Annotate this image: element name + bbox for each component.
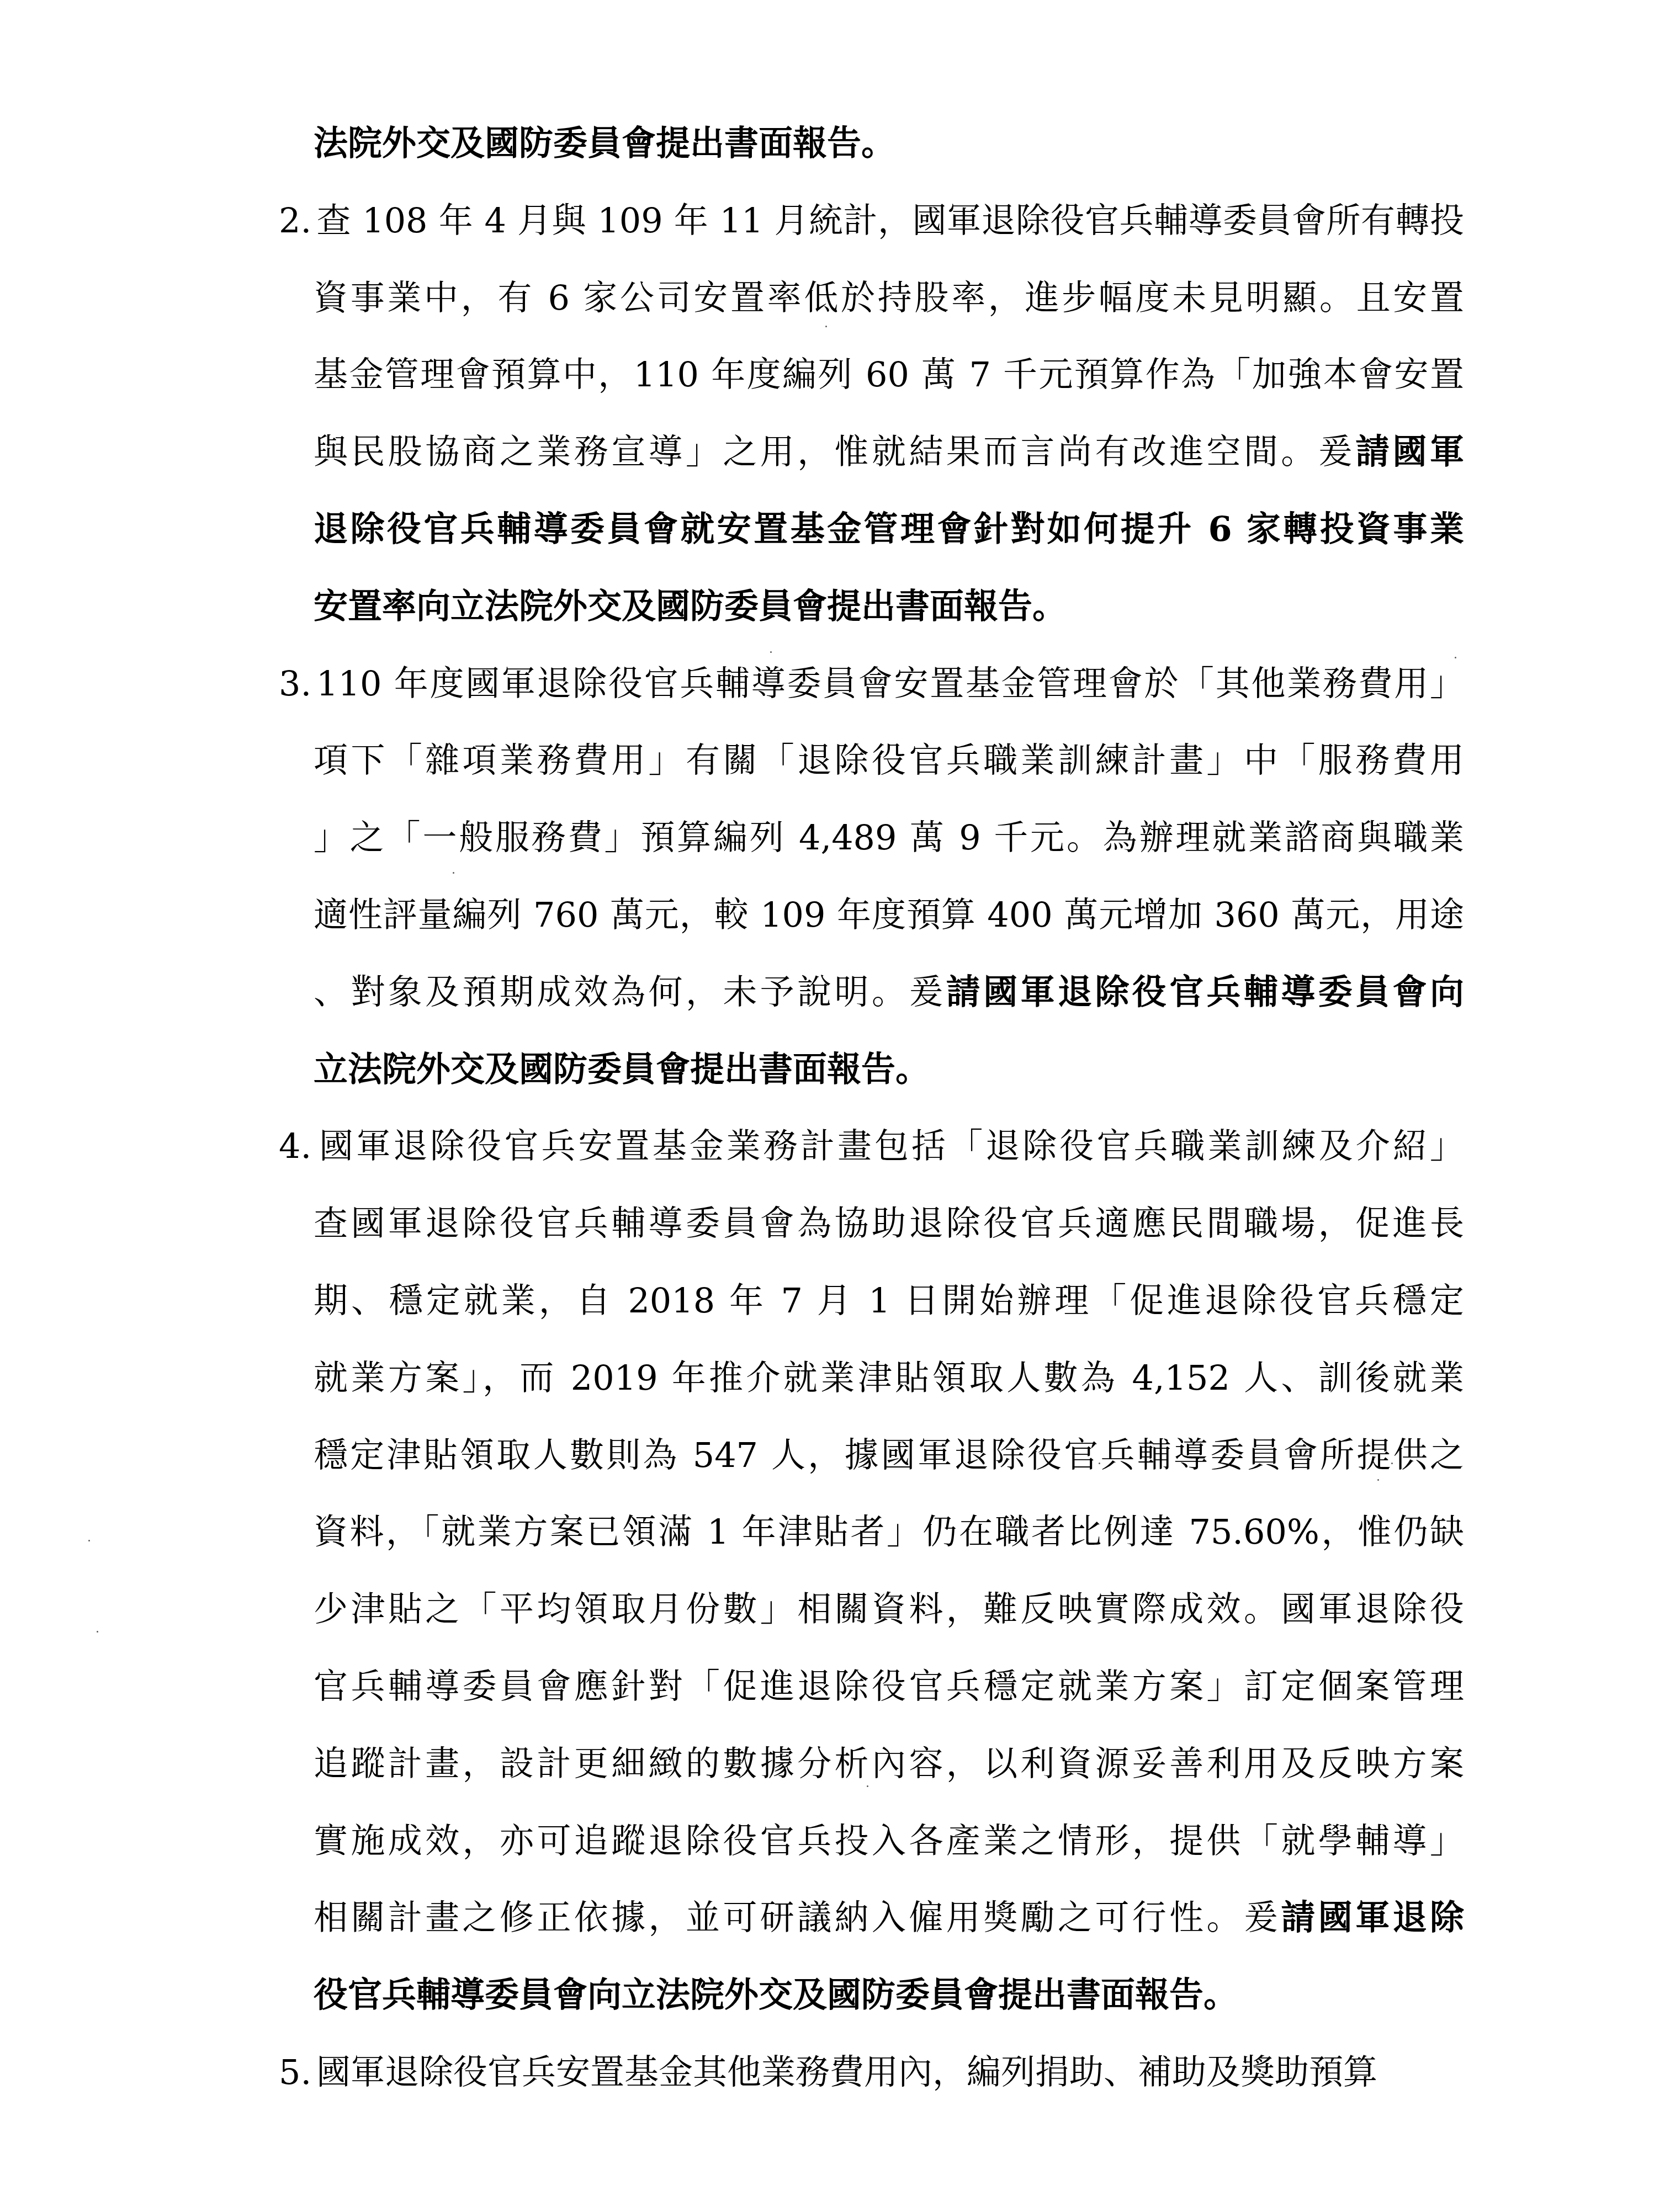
body-text: 國軍退除役官兵安置基金其他業務費用內，編列捐助、補助及獎助預算 <box>316 2052 1377 2092</box>
text-line: 期、穩定就業，自 2018 年 7 月 1 日開始辦理「促進退除役官兵穩定 <box>314 1262 1464 1339</box>
bold-text: 法院外交及國防委員會提出書面報告。 <box>314 123 895 163</box>
text-line: 、對象及預期成效為何，未予說明。爰請國軍退除役官兵輔導委員會向 <box>314 954 1464 1031</box>
body-text: 官兵輔導委員會應針對「促進退除役官兵穩定就業方案」訂定個案管理 <box>314 1666 1464 1706</box>
scan-speck <box>1377 1479 1379 1481</box>
text-line: 資事業中，有 6 家公司安置率低於持股率，進步幅度未見明顯。且安置 <box>314 259 1464 337</box>
body-text: 資料，「就業方案已領滿 1 年津貼者」仍在職者比例達 75.60%，惟仍缺 <box>314 1512 1464 1552</box>
body-text: 查 108 年 4 月與 109 年 11 月統計，國軍退除役官兵輔導委員會所有… <box>316 200 1464 241</box>
text-line: 少津貼之「平均領取月份數」相關資料，難反映實際成效。國軍退除役 <box>314 1571 1464 1648</box>
body-text: 穩定津貼領取人數則為 547 人，據國軍退除役官兵輔導委員會所提供之 <box>314 1435 1464 1475</box>
body-text: 就業方案」，而 2019 年推介就業津貼領取人數為 4,152 人、訓後就業 <box>314 1358 1464 1398</box>
item-number: 2. <box>279 182 316 259</box>
body-text: 相關計畫之修正依據，並可研議納入僱用獎勵之可行性。爰 <box>314 1897 1281 1938</box>
text-line: 立法院外交及國防委員會提出書面報告。 <box>314 1031 1464 1108</box>
text-line: 查國軍退除役官兵輔導委員會為協助退除役官兵適應民間職場，促進長 <box>314 1185 1464 1262</box>
text-line: 基金管理會預算中，110 年度編列 60 萬 7 千元預算作為「加強本會安置 <box>314 336 1464 413</box>
scan-speck <box>453 872 454 874</box>
text-line: 追蹤計畫，設計更細緻的數據分析內容，以利資源妥善利用及反映方案 <box>314 1725 1464 1802</box>
body-text: 期、穩定就業，自 2018 年 7 月 1 日開始辦理「促進退除役官兵穩定 <box>314 1280 1464 1321</box>
text-line: 就業方案」，而 2019 年推介就業津貼領取人數為 4,152 人、訓後就業 <box>314 1339 1464 1417</box>
text-line: 退除役官兵輔導委員會就安置基金管理會針對如何提升 6 家轉投資事業 <box>314 491 1464 568</box>
body-text: 追蹤計畫，設計更細緻的數據分析內容，以利資源妥善利用及反映方案 <box>314 1743 1464 1784</box>
bold-text: 安置率向立法院外交及國防委員會提出書面報告。 <box>314 586 1067 626</box>
body-text: 110 年度國軍退除役官兵輔導委員會安置基金管理會於「其他業務費用」 <box>316 663 1464 704</box>
scan-speck <box>1099 1463 1100 1464</box>
text-line: 實施成效，亦可追蹤退除役官兵投入各產業之情形，提供「就學輔導」 <box>314 1802 1464 1880</box>
text-line: 4.國軍退除役官兵安置基金業務計畫包括「退除役官兵職業訓練及介紹」 <box>279 1108 1464 1185</box>
body-text: 國軍退除役官兵安置基金業務計畫包括「退除役官兵職業訓練及介紹」 <box>316 1126 1464 1166</box>
scan-speck <box>88 1540 90 1541</box>
bold-text: 退除役官兵輔導委員會就安置基金管理會針對如何提升 6 家轉投資事業 <box>314 509 1464 549</box>
text-line: 項下「雜項業務費用」有關「退除役官兵職業訓練計畫」中「服務費用 <box>314 722 1464 799</box>
bold-text: 請國軍 <box>1355 432 1464 472</box>
body-text: 與民股協商之業務宣導」之用，惟就結果而言尚有改進空間。爰 <box>314 432 1355 472</box>
item-number: 4. <box>279 1108 316 1185</box>
scan-speck <box>1391 1463 1393 1464</box>
item-number: 3. <box>279 645 316 722</box>
body-text: 項下「雜項業務費用」有關「退除役官兵職業訓練計畫」中「服務費用 <box>314 740 1464 780</box>
text-line: 役官兵輔導委員會向立法院外交及國防委員會提出書面報告。 <box>314 1956 1464 2034</box>
body-text: 少津貼之「平均領取月份數」相關資料，難反映實際成效。國軍退除役 <box>314 1589 1464 1629</box>
body-text: 適性評量編列 760 萬元，較 109 年度預算 400 萬元增加 360 萬元… <box>314 895 1464 935</box>
item-number: 5. <box>279 2034 316 2111</box>
text-line: 相關計畫之修正依據，並可研議納入僱用獎勵之可行性。爰請國軍退除 <box>314 1879 1464 1956</box>
text-line: 穩定津貼領取人數則為 547 人，據國軍退除役官兵輔導委員會所提供之 <box>314 1417 1464 1494</box>
text-line: 5.國軍退除役官兵安置基金其他業務費用內，編列捐助、補助及獎助預算 <box>279 2034 1464 2111</box>
bold-text: 役官兵輔導委員會向立法院外交及國防委員會提出書面報告。 <box>314 1975 1238 2015</box>
text-line: 」之「一般服務費」預算編列 4,489 萬 9 千元。為辦理就業諮商與職業 <box>314 799 1464 876</box>
scan-speck <box>770 651 772 653</box>
body-text: 查國軍退除役官兵輔導委員會為協助退除役官兵適應民間職場，促進長 <box>314 1203 1464 1243</box>
scan-speck <box>97 1631 98 1633</box>
scan-speck <box>825 326 827 327</box>
body-text: 資事業中，有 6 家公司安置率低於持股率，進步幅度未見明顯。且安置 <box>314 278 1464 318</box>
bold-text: 立法院外交及國防委員會提出書面報告。 <box>314 1049 930 1089</box>
bold-text: 請國軍退除 <box>1281 1897 1464 1938</box>
body-text: 實施成效，亦可追蹤退除役官兵投入各產業之情形，提供「就學輔導」 <box>314 1821 1464 1861</box>
scan-speck <box>867 1785 868 1787</box>
document-page: 法院外交及國防委員會提出書面報告。2.查 108 年 4 月與 109 年 11… <box>0 0 1665 2212</box>
text-line: 安置率向立法院外交及國防委員會提出書面報告。 <box>314 568 1464 645</box>
text-line: 2.查 108 年 4 月與 109 年 11 月統計，國軍退除役官兵輔導委員會… <box>279 182 1464 259</box>
body-text: 」之「一般服務費」預算編列 4,489 萬 9 千元。為辦理就業諮商與職業 <box>314 817 1464 858</box>
body-text: 基金管理會預算中，110 年度編列 60 萬 7 千元預算作為「加強本會安置 <box>314 354 1464 395</box>
text-line: 官兵輔導委員會應針對「促進退除役官兵穩定就業方案」訂定個案管理 <box>314 1648 1464 1725</box>
bold-text: 請國軍退除役官兵輔導委員會向 <box>946 972 1464 1012</box>
text-line: 適性評量編列 760 萬元，較 109 年度預算 400 萬元增加 360 萬元… <box>314 876 1464 954</box>
text-line: 與民股協商之業務宣導」之用，惟就結果而言尚有改進空間。爰請國軍 <box>314 413 1464 491</box>
scan-speck <box>1455 657 1456 658</box>
text-line: 法院外交及國防委員會提出書面報告。 <box>314 105 1464 182</box>
text-line: 3.110 年度國軍退除役官兵輔導委員會安置基金管理會於「其他業務費用」 <box>279 645 1464 722</box>
body-text: 、對象及預期成效為何，未予說明。爰 <box>314 972 946 1012</box>
text-line: 資料，「就業方案已領滿 1 年津貼者」仍在職者比例達 75.60%，惟仍缺 <box>314 1493 1464 1571</box>
